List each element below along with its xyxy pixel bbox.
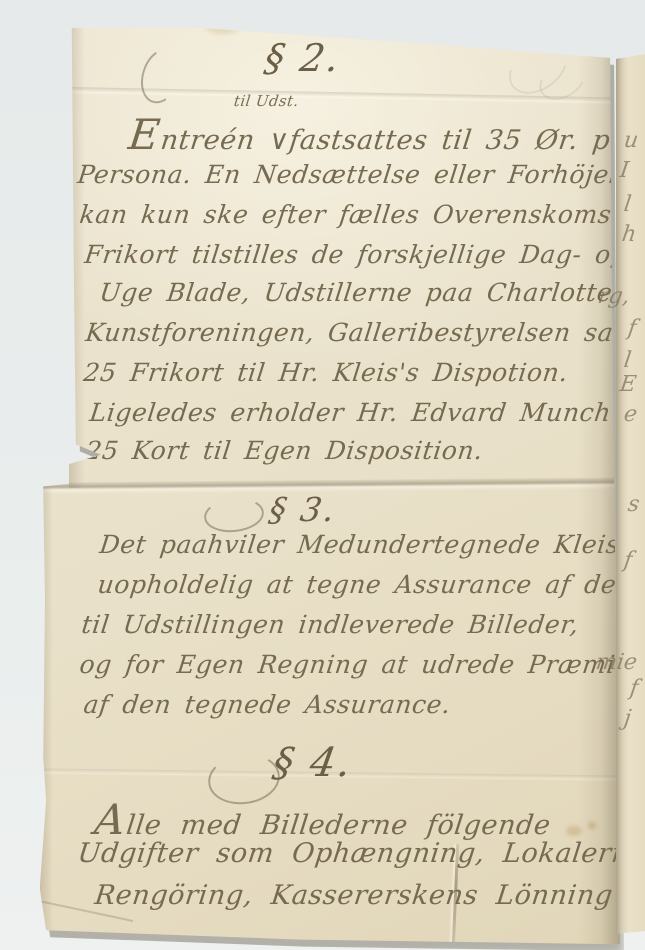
paper-stain bbox=[566, 826, 582, 836]
manuscript-line: 25 Kort til Egen Disposition. bbox=[84, 436, 485, 465]
manuscript-line: Frikort tilstilles de forskjellige Dag- … bbox=[83, 240, 629, 269]
manuscript-line: Ligeledes erholder Hr. Edvard Munch bbox=[88, 398, 613, 427]
manuscript-line: Entreén ∨fastsattes til 35 Ør. pro bbox=[126, 110, 644, 159]
paper-stain bbox=[588, 822, 596, 829]
manuscript-line: uopholdelig at tegne Assurance af de bbox=[96, 570, 618, 599]
manuscript-line: Kunstforeningen, Galleribestyrelsen samt bbox=[84, 318, 645, 347]
section-heading: § 2. bbox=[155, 36, 452, 80]
manuscript-line: Alle med Billederne fölgende bbox=[92, 795, 554, 844]
manuscript-line: Uge Blade, Udstillerne paa Charlottenbor… bbox=[98, 278, 645, 307]
interline-insertion: til Udst. bbox=[233, 92, 300, 110]
manuscript-line: 25 Frikort til Hr. Kleis's Dispotion. bbox=[82, 358, 570, 387]
section-heading: § 3. bbox=[155, 490, 451, 529]
letter-sheet: § 2. til Udst. Entreén ∨fastsattes til 3… bbox=[38, 12, 620, 948]
manuscript-line: og for Egen Regning at udrede Præmie bbox=[78, 650, 632, 679]
manuscript-line: af den tegnede Assurance. bbox=[82, 690, 453, 719]
section-heading: § 4. bbox=[164, 740, 461, 786]
manuscript-line: kan kun ske efter fælles Overenskomst. bbox=[78, 200, 632, 229]
adjacent-page-edge bbox=[616, 0, 645, 950]
manuscript-line: Udgifter som Ophængning, Lokalernes bbox=[76, 838, 645, 869]
manuscript-line: til Udstillingen indleverede Billeder, bbox=[80, 610, 581, 639]
manuscript-line: Persona. En Nedsættelse eller Forhöjelse bbox=[76, 160, 645, 189]
manuscript-line: Det paahviler Medundertegnede Kleis bbox=[98, 530, 621, 559]
manuscript-line: Rengöring, Kassererskens Lönning bbox=[93, 880, 615, 911]
